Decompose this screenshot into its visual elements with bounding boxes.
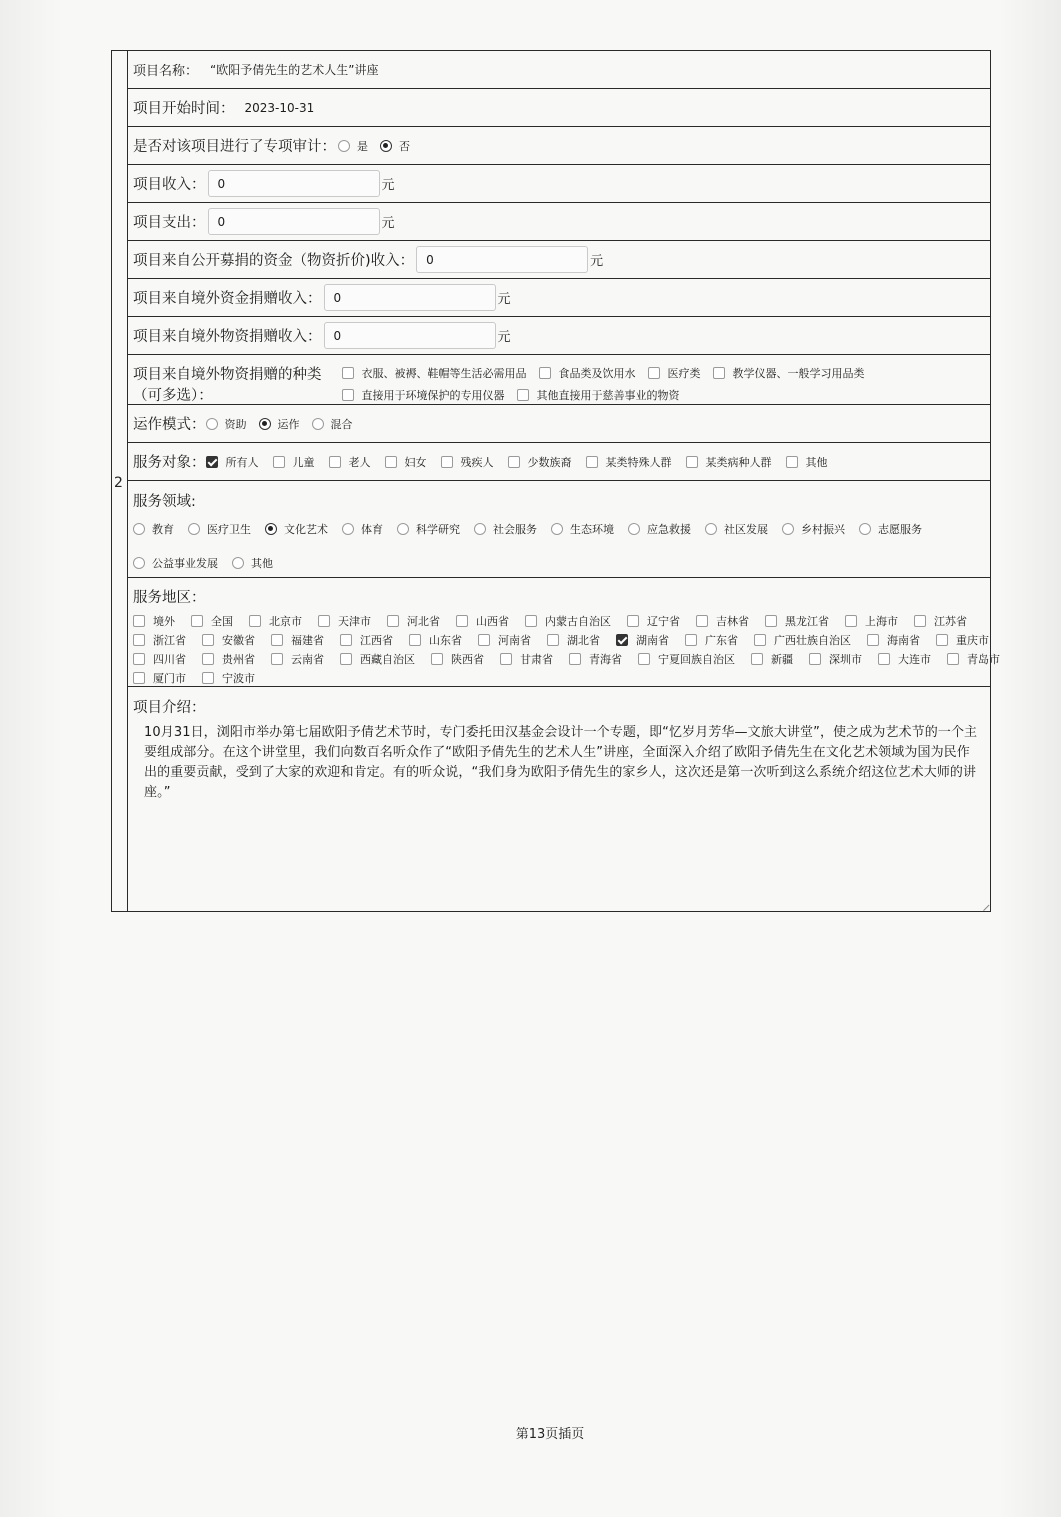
checkbox-empty-icon[interactable] [648,367,660,379]
radio-selected-icon[interactable] [265,523,277,535]
expense-unit: 元 [382,212,395,231]
checkbox-option[interactable]: 厦门市 [133,670,186,686]
service-targets-row: 服务对象： 所有人儿童老人妇女残疾人少数族裔某类特殊人群某类病种人群其他 [128,443,990,481]
overseas-goods-input[interactable]: 0 [324,322,496,349]
radio-option[interactable]: 乡村振兴 [782,521,845,537]
radio-empty-icon[interactable] [338,140,350,152]
radio-selected-icon[interactable] [380,140,392,152]
public-fundraising-unit: 元 [590,250,603,269]
radio-option[interactable]: 科学研究 [397,521,460,537]
option-label: 社会服务 [493,521,537,537]
checkbox-option[interactable]: 四川省 [133,651,186,667]
option-label: 医疗卫生 [207,521,251,537]
radio-option[interactable]: 混合 [312,416,353,432]
checkbox-empty-icon[interactable] [627,615,639,627]
checkbox-empty-icon[interactable] [340,634,352,646]
checkbox-empty-icon[interactable] [696,615,708,627]
option-label: 混合 [331,416,353,432]
operation-mode-options: 资助运作混合 [206,416,365,432]
overseas-goods-types-row: 项目来自境外物资捐赠的种类 （可多选）： 衣服、被褥、鞋帽等生活必需用品食品类及… [128,355,990,405]
checkbox-option[interactable]: 江西省 [340,632,393,648]
checkbox-empty-icon[interactable] [342,389,354,401]
option-label: 厦门市 [153,670,186,686]
checkbox-empty-icon[interactable] [867,634,879,646]
option-label: 儿童 [293,454,315,470]
option-label: 资助 [225,416,247,432]
checkbox-empty-icon[interactable] [845,615,857,627]
checkbox-empty-icon[interactable] [329,456,341,468]
checkbox-empty-icon[interactable] [409,634,421,646]
option-label: 其他 [251,555,273,571]
checkbox-option[interactable]: 上海市 [845,613,898,629]
checkbox-empty-icon[interactable] [786,456,798,468]
checkbox-option[interactable]: 西藏自治区 [340,651,415,667]
option-label: 衣服、被褥、鞋帽等生活必需用品 [362,365,527,381]
radio-empty-icon[interactable] [628,523,640,535]
project-form: 2 项目名称： “欧阳予倩先生的艺术人生”讲座 项目开始时间： 2023-10-… [111,50,991,912]
checkbox-option[interactable]: 食品类及饮用水 [539,365,636,381]
radio-empty-icon[interactable] [312,418,324,430]
operation-mode-row: 运作模式： 资助运作混合 [128,405,990,443]
project-name-value: “欧阳予倩先生的艺术人生”讲座 [210,61,378,78]
option-label: 江西省 [360,632,393,648]
checkbox-empty-icon[interactable] [586,456,598,468]
overseas-fund-input[interactable]: 0 [324,284,496,311]
option-label: 老人 [349,454,371,470]
radio-option[interactable]: 否 [380,138,410,154]
checkbox-empty-icon[interactable] [638,653,650,665]
introduction-row: 项目介绍： 10月31日，浏阳市举办第七届欧阳予倩艺术节时，专门委托田汉基金会设… [128,687,990,911]
overseas-goods-label: 项目来自境外物资捐赠收入： [133,325,322,346]
checkbox-option[interactable]: 新疆 [751,651,793,667]
option-label: 吉林省 [716,613,749,629]
option-label: 否 [399,138,410,154]
option-label: 广东省 [705,632,738,648]
public-fundraising-input[interactable]: 0 [416,246,588,273]
option-label: 应急救援 [647,521,691,537]
option-label: 广西壮族自治区 [774,632,851,648]
checkbox-empty-icon[interactable] [271,653,283,665]
checkbox-option[interactable]: 河南省 [478,632,531,648]
radio-option[interactable]: 社会服务 [474,521,537,537]
checkbox-empty-icon[interactable] [508,456,520,468]
checkbox-empty-icon[interactable] [878,653,890,665]
checkbox-empty-icon[interactable] [202,653,214,665]
option-label: 安徽省 [222,632,255,648]
option-label: 浙江省 [153,632,186,648]
option-label: 甘肃省 [520,651,553,667]
checkbox-option[interactable]: 山东省 [409,632,462,648]
checkbox-option[interactable]: 妇女 [385,454,427,470]
checkbox-empty-icon[interactable] [456,615,468,627]
option-label: 陕西省 [451,651,484,667]
checkbox-empty-icon[interactable] [569,653,581,665]
option-label: 志愿服务 [878,521,922,537]
operation-mode-label: 运作模式： [133,413,206,434]
option-label: 其他直接用于慈善事业的物资 [537,387,680,403]
checkbox-empty-icon[interactable] [517,389,529,401]
checkbox-option[interactable]: 安徽省 [202,632,255,648]
checkbox-option[interactable]: 全国 [191,613,233,629]
option-label: 福建省 [291,632,324,648]
option-label: 所有人 [226,454,259,470]
option-label: 科学研究 [416,521,460,537]
checkbox-option[interactable]: 福建省 [271,632,324,648]
checkbox-option[interactable]: 广东省 [685,632,738,648]
checkbox-option[interactable]: 湖南省 [616,632,669,648]
checkbox-option[interactable]: 医疗类 [648,365,701,381]
radio-option[interactable]: 社区发展 [705,521,768,537]
option-label: 山东省 [429,632,462,648]
option-label: 乡村振兴 [801,521,845,537]
checkbox-option[interactable]: 内蒙古自治区 [525,613,611,629]
option-label: 江苏省 [934,613,967,629]
option-label: 云南省 [291,651,324,667]
option-label: 西藏自治区 [360,651,415,667]
checkbox-option[interactable]: 少数族裔 [508,454,572,470]
income-row: 项目收入： 0 元 [128,165,990,203]
option-label: 某类特殊人群 [606,454,672,470]
checkbox-empty-icon[interactable] [809,653,821,665]
option-label: 直接用于环境保护的专用仪器 [362,387,505,403]
service-fields-label: 服务领域: [133,481,990,511]
overseas-fund-label: 项目来自境外资金捐赠收入： [133,287,322,308]
audit-options: 是否 [338,138,422,154]
checkbox-empty-icon[interactable] [765,615,777,627]
radio-option[interactable]: 应急救援 [628,521,691,537]
checkbox-empty-icon[interactable] [133,653,145,665]
option-label: 公益事业发展 [152,555,218,571]
checkbox-empty-icon[interactable] [914,615,926,627]
checkbox-empty-icon[interactable] [431,653,443,665]
project-name-label: 项目名称： [133,60,198,79]
checkbox-checked-icon[interactable] [206,456,218,468]
option-label: 生态环境 [570,521,614,537]
checkbox-option[interactable]: 河北省 [387,613,440,629]
checkbox-empty-icon[interactable] [525,615,537,627]
option-label: 深圳市 [829,651,862,667]
service-regions-options: 境外全国北京市天津市河北省山西省内蒙古自治区辽宁省吉林省黑龙江省上海市江苏省浙江… [133,611,990,687]
radio-empty-icon[interactable] [859,523,871,535]
checkbox-empty-icon[interactable] [202,672,214,684]
radio-option[interactable]: 其他 [232,555,273,571]
option-label: 四川省 [153,651,186,667]
option-label: 宁夏回族自治区 [658,651,735,667]
region-line: 四川省贵州省云南省西藏自治区陕西省甘肃省青海省宁夏回族自治区新疆深圳市大连市青岛… [133,649,990,668]
option-label: 青岛市 [967,651,1000,667]
checkbox-option[interactable]: 辽宁省 [627,613,680,629]
introduction-label: 项目介绍： [133,687,990,717]
overseas-goods-types-label: 项目来自境外物资捐赠的种类 （可多选）： [133,355,322,407]
checkbox-option[interactable]: 云南省 [271,651,324,667]
checkbox-option[interactable]: 境外 [133,613,175,629]
radio-option[interactable]: 是 [338,138,368,154]
radio-empty-icon[interactable] [705,523,717,535]
option-label: 残疾人 [461,454,494,470]
checkbox-option[interactable]: 儿童 [273,454,315,470]
radio-empty-icon[interactable] [551,523,563,535]
checkbox-option[interactable]: 衣服、被褥、鞋帽等生活必需用品 [342,365,527,381]
radio-option[interactable]: 运作 [259,416,300,432]
radio-empty-icon[interactable] [206,418,218,430]
checkbox-empty-icon[interactable] [385,456,397,468]
option-label: 其他 [806,454,828,470]
service-fields-line-2: 公益事业发展其他 [133,555,990,571]
checkbox-option[interactable]: 陕西省 [431,651,484,667]
expense-input[interactable]: 0 [208,208,380,235]
option-label: 某类病种人群 [706,454,772,470]
page-footer: 第13页插页 [0,1423,1061,1442]
checkbox-option[interactable]: 吉林省 [696,613,749,629]
checkbox-option[interactable]: 贵州省 [202,651,255,667]
option-label: 北京市 [269,613,302,629]
option-label: 河南省 [498,632,531,648]
form-rows: 项目名称： “欧阳予倩先生的艺术人生”讲座 项目开始时间： 2023-10-31… [128,51,990,911]
radio-empty-icon[interactable] [342,523,354,535]
goods-types-label-line2: （可多选）： [133,386,322,407]
checkbox-empty-icon[interactable] [478,634,490,646]
income-input[interactable]: 0 [208,170,380,197]
audit-row: 是否对该项目进行了专项审计： 是否 [128,127,990,165]
checkbox-option[interactable]: 宁波市 [202,670,255,686]
checkbox-empty-icon[interactable] [342,367,354,379]
checkbox-option[interactable]: 老人 [329,454,371,470]
checkbox-option[interactable]: 湖北省 [547,632,600,648]
option-label: 山西省 [476,613,509,629]
start-date-label: 项目开始时间： [133,97,235,118]
goods-types-label-line1: 项目来自境外物资捐赠的种类 [133,365,322,386]
option-label: 社区发展 [724,521,768,537]
option-label: 天津市 [338,613,371,629]
option-label: 湖南省 [636,632,669,648]
overseas-fund-unit: 元 [498,288,511,307]
goods-types-options: 衣服、被褥、鞋帽等生活必需用品食品类及饮用水医疗类教学仪器、一般学习用品类直接用… [342,355,877,403]
radio-selected-icon[interactable] [259,418,271,430]
checkbox-checked-icon[interactable] [616,634,628,646]
checkbox-empty-icon[interactable] [387,615,399,627]
checkbox-option[interactable]: 重庆市 [936,632,989,648]
checkbox-option[interactable]: 青海省 [569,651,622,667]
checkbox-option[interactable]: 青岛市 [947,651,1000,667]
checkbox-empty-icon[interactable] [340,653,352,665]
checkbox-empty-icon[interactable] [441,456,453,468]
option-label: 贵州省 [222,651,255,667]
checkbox-empty-icon[interactable] [273,456,285,468]
checkbox-empty-icon[interactable] [947,653,959,665]
radio-option[interactable]: 体育 [342,521,383,537]
checkbox-option[interactable]: 江苏省 [914,613,967,629]
checkbox-empty-icon[interactable] [685,634,697,646]
radio-option[interactable]: 文化艺术 [265,521,328,537]
option-label: 内蒙古自治区 [545,613,611,629]
option-label: 运作 [278,416,300,432]
service-fields-row: 服务领域: 教育医疗卫生文化艺术体育科学研究社会服务生态环境应急救援社区发展乡村… [128,481,990,578]
option-label: 湖北省 [567,632,600,648]
option-label: 医疗类 [668,365,701,381]
checkbox-option[interactable]: 甘肃省 [500,651,553,667]
checkbox-option[interactable]: 其他直接用于慈善事业的物资 [517,387,680,403]
option-label: 文化艺术 [284,521,328,537]
start-date-value: 2023-10-31 [245,101,315,115]
radio-empty-icon[interactable] [133,557,145,569]
checkbox-option[interactable]: 某类特殊人群 [586,454,672,470]
project-name-row: 项目名称： “欧阳予倩先生的艺术人生”讲座 [128,51,990,89]
region-line: 厦门市宁波市 [133,668,990,687]
expense-label: 项目支出： [133,211,206,232]
introduction-textarea[interactable]: 10月31日，浏阳市举办第七届欧阳予倩艺术节时，专门委托田汉基金会设计一个专题，… [144,723,980,803]
service-fields-line-1: 教育医疗卫生文化艺术体育科学研究社会服务生态环境应急救援社区发展乡村振兴志愿服务 [133,521,990,537]
overseas-fund-row: 项目来自境外资金捐赠收入： 0 元 [128,279,990,317]
row-index-number: 2 [114,475,123,491]
service-regions-label: 服务地区： [133,578,990,607]
service-targets-options: 所有人儿童老人妇女残疾人少数族裔某类特殊人群某类病种人群其他 [206,454,842,470]
checkbox-empty-icon[interactable] [249,615,261,627]
radio-option[interactable]: 医疗卫生 [188,521,251,537]
radio-empty-icon[interactable] [397,523,409,535]
checkbox-empty-icon[interactable] [318,615,330,627]
checkbox-option[interactable]: 某类病种人群 [686,454,772,470]
option-label: 辽宁省 [647,613,680,629]
checkbox-empty-icon[interactable] [133,615,145,627]
option-label: 河北省 [407,613,440,629]
checkbox-empty-icon[interactable] [713,367,725,379]
checkbox-option[interactable]: 海南省 [867,632,920,648]
checkbox-option[interactable]: 深圳市 [809,651,862,667]
checkbox-option[interactable]: 其他 [786,454,828,470]
radio-option[interactable]: 公益事业发展 [133,555,218,571]
region-line: 浙江省安徽省福建省江西省山东省河南省湖北省湖南省广东省广西壮族自治区海南省重庆市 [133,630,990,649]
option-label: 教学仪器、一般学习用品类 [733,365,865,381]
option-label: 黑龙江省 [785,613,829,629]
checkbox-option[interactable]: 直接用于环境保护的专用仪器 [342,387,505,403]
radio-option[interactable]: 教育 [133,521,174,537]
checkbox-empty-icon[interactable] [547,634,559,646]
overseas-goods-unit: 元 [498,326,511,345]
checkbox-empty-icon[interactable] [191,615,203,627]
option-label: 上海市 [865,613,898,629]
radio-option[interactable]: 生态环境 [551,521,614,537]
checkbox-empty-icon[interactable] [500,653,512,665]
option-label: 是 [357,138,368,154]
option-label: 体育 [361,521,383,537]
checkbox-option[interactable]: 残疾人 [441,454,494,470]
income-unit: 元 [382,174,395,193]
service-regions-row: 服务地区： 境外全国北京市天津市河北省山西省内蒙古自治区辽宁省吉林省黑龙江省上海… [128,578,990,687]
service-targets-label: 服务对象： [133,451,206,472]
checkbox-empty-icon[interactable] [751,653,763,665]
checkbox-empty-icon[interactable] [936,634,948,646]
checkbox-option[interactable]: 广西壮族自治区 [754,632,851,648]
income-label: 项目收入： [133,173,206,194]
option-label: 青海省 [589,651,622,667]
start-date-row: 项目开始时间： 2023-10-31 [128,89,990,127]
option-label: 大连市 [898,651,931,667]
row-index-column: 2 [112,51,128,911]
radio-empty-icon[interactable] [232,557,244,569]
expense-row: 项目支出： 0 元 [128,203,990,241]
checkbox-option[interactable]: 浙江省 [133,632,186,648]
radio-option[interactable]: 资助 [206,416,247,432]
option-label: 新疆 [771,651,793,667]
checkbox-empty-icon[interactable] [539,367,551,379]
option-label: 食品类及饮用水 [559,365,636,381]
option-label: 海南省 [887,632,920,648]
checkbox-option[interactable]: 天津市 [318,613,371,629]
option-label: 少数族裔 [528,454,572,470]
checkbox-empty-icon[interactable] [202,634,214,646]
radio-option[interactable]: 志愿服务 [859,521,922,537]
checkbox-option[interactable]: 北京市 [249,613,302,629]
radio-empty-icon[interactable] [474,523,486,535]
checkbox-empty-icon[interactable] [133,634,145,646]
radio-empty-icon[interactable] [133,523,145,535]
option-label: 教育 [152,521,174,537]
region-line: 境外全国北京市天津市河北省山西省内蒙古自治区辽宁省吉林省黑龙江省上海市江苏省 [133,611,990,630]
resize-handle-icon[interactable] [977,899,989,911]
checkbox-option[interactable]: 教学仪器、一般学习用品类 [713,365,865,381]
radio-empty-icon[interactable] [782,523,794,535]
checkbox-empty-icon[interactable] [754,634,766,646]
public-fundraising-row: 项目来自公开募捐的资金（物资折价)收入： 0 元 [128,241,990,279]
option-label: 宁波市 [222,670,255,686]
checkbox-option[interactable]: 黑龙江省 [765,613,829,629]
option-label: 境外 [153,613,175,629]
checkbox-option[interactable]: 宁夏回族自治区 [638,651,735,667]
option-label: 重庆市 [956,632,989,648]
option-label: 妇女 [405,454,427,470]
overseas-goods-row: 项目来自境外物资捐赠收入： 0 元 [128,317,990,355]
checkbox-option[interactable]: 山西省 [456,613,509,629]
public-fundraising-label: 项目来自公开募捐的资金（物资折价)收入： [133,249,414,270]
checkbox-empty-icon[interactable] [686,456,698,468]
checkbox-empty-icon[interactable] [271,634,283,646]
checkbox-option[interactable]: 所有人 [206,454,259,470]
checkbox-empty-icon[interactable] [133,672,145,684]
option-label: 全国 [211,613,233,629]
audit-label: 是否对该项目进行了专项审计： [133,135,336,156]
radio-empty-icon[interactable] [188,523,200,535]
checkbox-option[interactable]: 大连市 [878,651,931,667]
